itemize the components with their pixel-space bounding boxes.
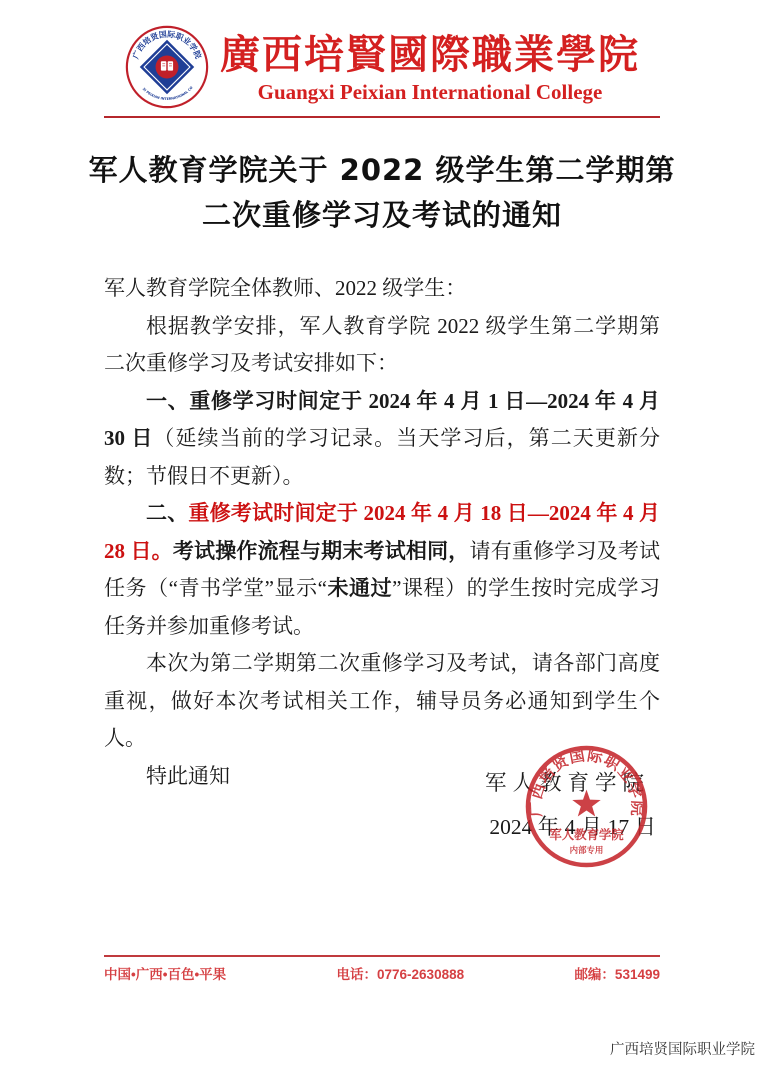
document-title-line2: 二次重修学习及考试的通知 <box>0 193 764 238</box>
college-name-chinese: 廣西培賢國際職業學院 <box>220 31 640 79</box>
page-footer: 中国•广西•百色•平果 电话：0776-2630888 邮编：531499 <box>104 955 660 983</box>
text-run: 军人教育学院全体教师、2022 级学生： <box>104 276 466 300</box>
document-title-line1: 军人教育学院关于 2022 级学生第二学期第 <box>0 148 764 193</box>
college-name-english: Guangxi Peixian International College <box>220 80 640 104</box>
footer-postal-code: 邮编：531499 <box>574 963 660 983</box>
signature-date: 2024 年 4 月 17 日 <box>489 810 656 841</box>
seal-internal-use-text: 内部专用 <box>570 845 604 855</box>
footer-phone: 电话：0776-2630888 <box>337 963 465 983</box>
document-body: 军人教育学院全体教师、2022 级学生：根据教学安排，军人教育学院 2022 级… <box>104 270 660 795</box>
text-run: 本次为第二学期第二次重修学习及考试，请各部门高度重视，做好本次考试相关工作，辅导… <box>104 651 660 750</box>
text-run: 未通过 <box>327 576 392 600</box>
text-run: 特此通知 <box>146 764 230 788</box>
college-name-block: 廣西培賢國際職業學院 Guangxi Peixian International… <box>220 31 640 104</box>
emblem-inner-circle <box>156 56 179 79</box>
letterhead: 广西培贤国际职业学院 GUANGXI PEIXIAN INTERNATIONAL… <box>0 0 764 110</box>
text-run: 二、 <box>146 501 188 525</box>
text-run: 根据教学安排，军人教育学院 2022 级学生第二学期第二次重修学习及考试安排如下… <box>104 314 660 376</box>
document-title: 军人教育学院关于 2022 级学生第二学期第 二次重修学习及考试的通知 <box>0 148 764 238</box>
signature-department: 军人教育学院 <box>485 766 650 797</box>
body-paragraph: 一、重修学习时间定于 2024 年 4 月 1 日—2024 年 4 月 30 … <box>104 383 660 496</box>
body-paragraph: 二、重修考试时间定于 2024 年 4 月 18 日—2024 年 4 月 28… <box>104 495 660 645</box>
body-paragraph: 根据教学安排，军人教育学院 2022 级学生第二学期第二次重修学习及考试安排如下… <box>104 308 660 383</box>
bottom-watermark-text: 广西培贤国际职业学院 <box>610 1038 755 1059</box>
text-run: 考试操作流程与期末考试相同， <box>173 539 470 563</box>
header-divider-line <box>104 116 660 118</box>
body-paragraph: 本次为第二学期第二次重修学习及考试，请各部门高度重视，做好本次考试相关工作，辅导… <box>104 645 660 758</box>
document-page: 广西培贤国际职业学院 GUANGXI PEIXIAN INTERNATIONAL… <box>0 0 764 1080</box>
body-paragraph: 军人教育学院全体教师、2022 级学生： <box>104 270 660 308</box>
college-emblem-logo: 广西培贤国际职业学院 GUANGXI PEIXIAN INTERNATIONAL… <box>124 24 210 110</box>
text-run: （延续当前的学习记录。当天学习后，第二天更新分数；节假日不更新）。 <box>104 426 660 488</box>
footer-location: 中国•广西•百色•平果 <box>104 963 226 983</box>
